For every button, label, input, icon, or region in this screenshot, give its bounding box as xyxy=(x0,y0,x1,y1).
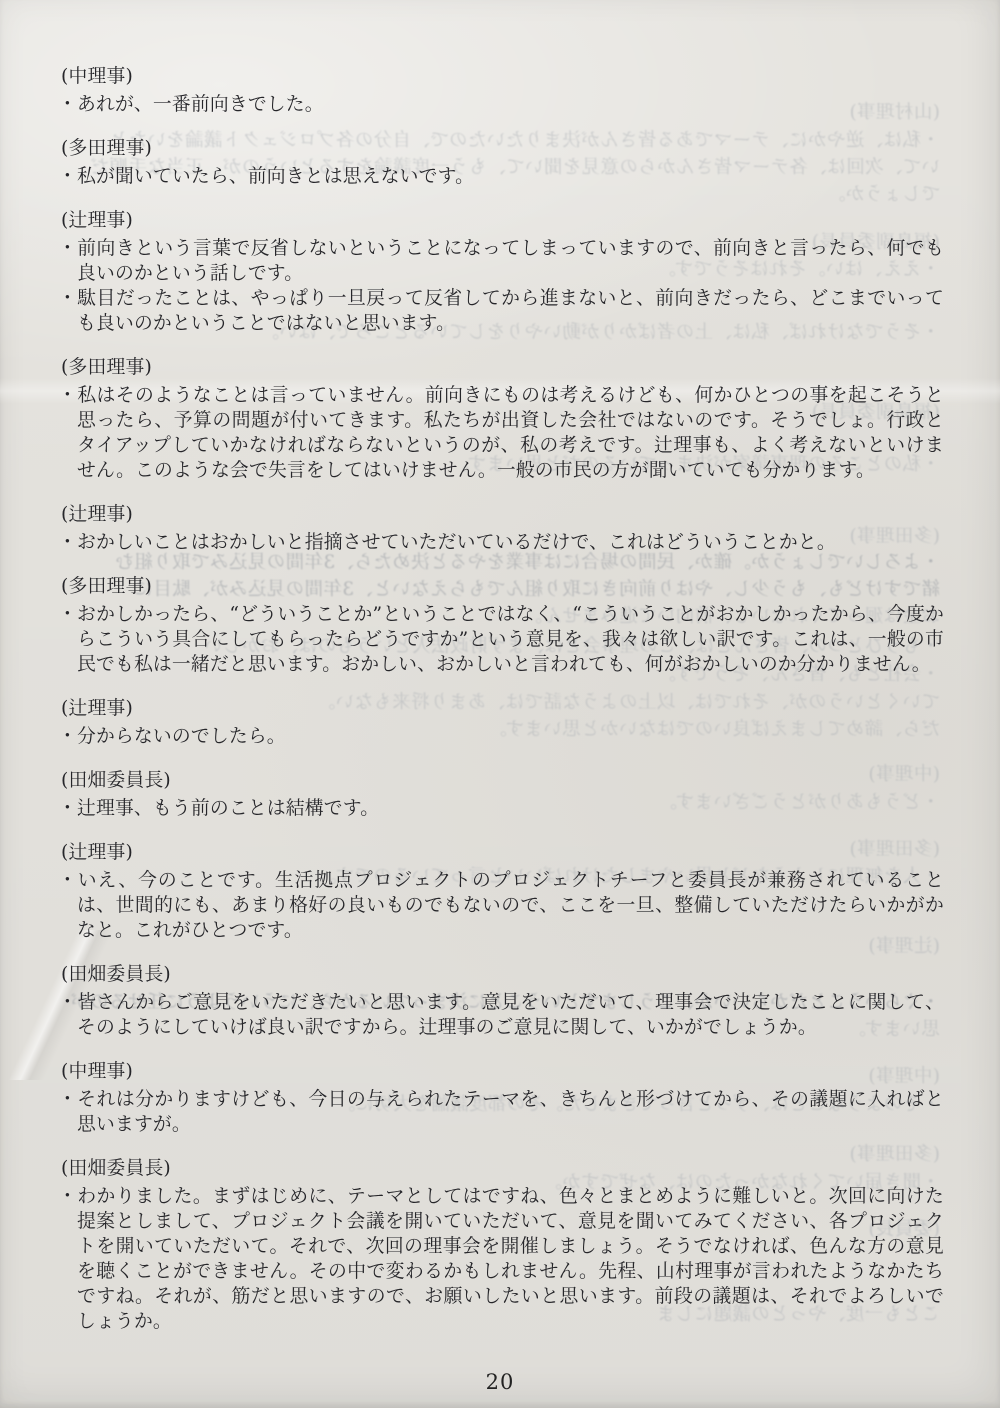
speaker-label: (辻理事) xyxy=(61,208,944,233)
minutes-content: (中理事)・あれが、一番前向きでした。(多田理事)・私が聞いていたら、前向きとは… xyxy=(0,0,1000,1334)
bullet-marker: ・ xyxy=(58,1186,77,1207)
minutes-section: (田畑委員長)・皆さんからご意見をいただきたいと思います。意見をいただいて、理事… xyxy=(58,962,944,1040)
minutes-section: (中理事)・それは分かりますけども、今日の与えられたテーマを、きちんと形づけてか… xyxy=(58,1059,944,1137)
speaker-label: (辻理事) xyxy=(61,696,944,721)
statement-text: 前向きという言葉で反省しないということになってしまっていますので、前向きと言った… xyxy=(77,238,944,284)
statement-item: ・私が聞いていたら、前向きとは思えないです。 xyxy=(58,164,944,189)
speaker-label: (中理事) xyxy=(61,1059,944,1084)
statement-text: 辻理事、もう前のことは結構です。 xyxy=(77,798,379,819)
bullet-marker: ・ xyxy=(58,726,77,747)
speaker-label: (田畑委員長) xyxy=(61,962,944,987)
statement-text: あれが、一番前向きでした。 xyxy=(77,94,324,115)
speaker-label: (多田理事) xyxy=(61,355,944,380)
minutes-section: (多田理事)・おかしかったら、“どういうことか”ということではなく、“こういうこ… xyxy=(58,574,944,677)
bullet-marker: ・ xyxy=(58,238,77,259)
page-number: 20 xyxy=(0,1370,1000,1394)
statement-text: 私が聞いていたら、前向きとは思えないです。 xyxy=(77,166,474,187)
statement-text: 皆さんからご意見をいただきたいと思います。意見をいただいて、理事会で決定したこと… xyxy=(77,992,944,1038)
statement-text: おかしかったら、“どういうことか”ということではなく、“こういうことがおかしかっ… xyxy=(77,604,944,675)
statement-item: ・前向きという言葉で反省しないということになってしまっていますので、前向きと言っ… xyxy=(58,236,944,286)
statement-text: それは分かりますけども、今日の与えられたテーマを、きちんと形づけてから、その議題… xyxy=(77,1089,944,1135)
minutes-section: (田畑委員長)・辻理事、もう前のことは結構です。 xyxy=(58,768,944,821)
minutes-section: (多田理事)・私はそのようなことは言っていません。前向きにものは考えるけども、何… xyxy=(58,355,944,483)
speaker-label: (多田理事) xyxy=(61,136,944,161)
statement-text: 私はそのようなことは言っていません。前向きにものは考えるけども、何かひとつの事を… xyxy=(77,385,944,481)
statement-text: 駄目だったことは、やっぱり一旦戻って反省してから進まないと、前向きだったら、どこ… xyxy=(77,288,944,334)
bullet-marker: ・ xyxy=(58,870,78,891)
bullet-marker: ・ xyxy=(58,385,77,406)
bullet-marker: ・ xyxy=(58,288,77,309)
statement-item: ・いえ、今のことです。生活拠点プロジェクトのプロジェクトチーフと委員長が兼務され… xyxy=(58,868,944,943)
statement-item: ・おかしかったら、“どういうことか”ということではなく、“こういうことがおかしか… xyxy=(58,602,944,677)
bullet-marker: ・ xyxy=(58,798,77,819)
statement-item: ・おかしいことはおかしいと指摘させていただいているだけで、これはどういうことかと… xyxy=(58,530,944,555)
statement-text: いえ、今のことです。生活拠点プロジェクトのプロジェクトチーフと委員長が兼務されて… xyxy=(77,870,944,941)
statement-item: ・辻理事、もう前のことは結構です。 xyxy=(58,796,944,821)
minutes-section: (多田理事)・私が聞いていたら、前向きとは思えないです。 xyxy=(58,136,944,189)
statement-item: ・わかりました。まずはじめに、テーマとしてはですね、色々とまとめように難しいと。… xyxy=(58,1184,944,1334)
minutes-section: (辻理事)・おかしいことはおかしいと指摘させていただいているだけで、これはどうい… xyxy=(58,502,944,555)
statement-text: わかりました。まずはじめに、テーマとしてはですね、色々とまとめように難しいと。次… xyxy=(77,1186,944,1332)
statement-item: ・それは分かりますけども、今日の与えられたテーマを、きちんと形づけてから、その議… xyxy=(58,1087,944,1137)
bullet-marker: ・ xyxy=(58,604,77,625)
bullet-marker: ・ xyxy=(58,94,77,115)
speaker-label: (辻理事) xyxy=(61,502,944,527)
statement-item: ・皆さんからご意見をいただきたいと思います。意見をいただいて、理事会で決定したこ… xyxy=(58,990,944,1040)
speaker-label: (中理事) xyxy=(61,64,944,89)
speaker-label: (田畑委員長) xyxy=(61,768,944,793)
minutes-section: (辻理事)・分からないのでしたら。 xyxy=(58,696,944,749)
statement-item: ・あれが、一番前向きでした。 xyxy=(58,92,944,117)
minutes-section: (辻理事)・前向きという言葉で反省しないということになってしまっていますので、前… xyxy=(58,208,944,336)
statement-item: ・駄目だったことは、やっぱり一旦戻って反省してから進まないと、前向きだったら、ど… xyxy=(58,286,944,336)
minutes-section: (中理事)・あれが、一番前向きでした。 xyxy=(58,64,944,117)
speaker-label: (田畑委員長) xyxy=(61,1156,944,1181)
speaker-label: (辻理事) xyxy=(61,840,944,865)
statement-item: ・分からないのでしたら。 xyxy=(58,724,944,749)
statement-text: おかしいことはおかしいと指摘させていただいているだけで、これはどういうことかと。 xyxy=(77,532,836,553)
minutes-section: (辻理事)・いえ、今のことです。生活拠点プロジェクトのプロジェクトチーフと委員長… xyxy=(58,840,944,943)
statement-text: 分からないのでしたら。 xyxy=(77,726,286,747)
minutes-section: (田畑委員長)・わかりました。まずはじめに、テーマとしてはですね、色々とまとめよ… xyxy=(58,1156,944,1334)
speaker-label: (多田理事) xyxy=(61,574,944,599)
bullet-marker: ・ xyxy=(58,166,77,187)
bullet-marker: ・ xyxy=(58,992,77,1013)
bullet-marker: ・ xyxy=(58,1089,77,1110)
scanned-minutes-page: (山村理事)・私は、逆やかに、テーマである皆さんが決まりたいたので、自分の各プロ… xyxy=(0,0,1000,1408)
bullet-marker: ・ xyxy=(58,532,77,553)
statement-item: ・私はそのようなことは言っていません。前向きにものは考えるけども、何かひとつの事… xyxy=(58,383,944,483)
